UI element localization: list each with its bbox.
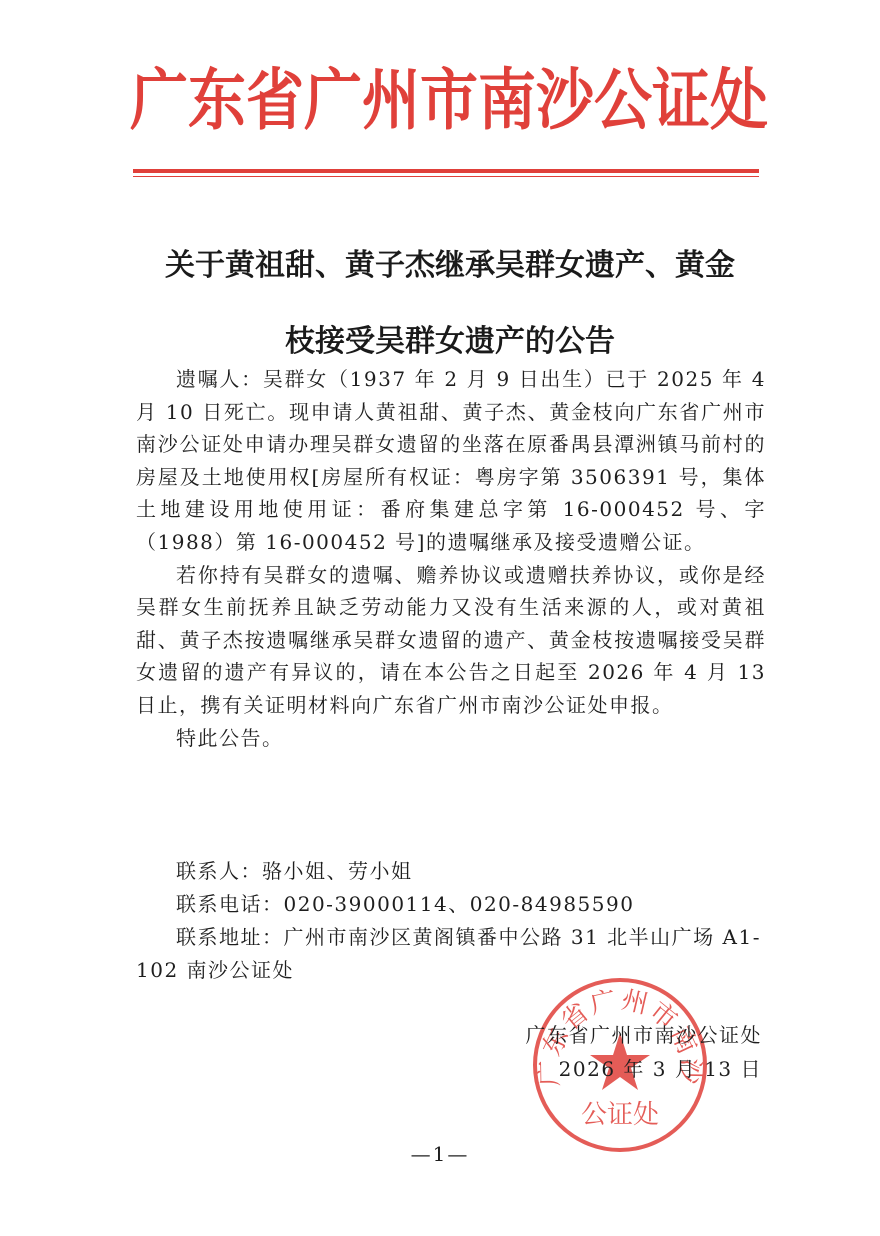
contact-person: 联系人：骆小姐、劳小姐	[136, 855, 766, 888]
document-title: 关于黄祖甜、黄子杰继承吴群女遗产、黄金 枝接受吴群女遗产的公告	[120, 228, 780, 380]
signature-block: 广东省广州市南沙公证处 2026 年 3 月 13 日	[526, 1018, 763, 1086]
letterhead: 广东省广州市南沙公证处	[130, 60, 760, 140]
document-title-line-1: 关于黄祖甜、黄子杰继承吴群女遗产、黄金	[120, 228, 780, 304]
paragraph-testator: 遗嘱人：吴群女（1937 年 2 月 9 日出生）已于 2025 年 4 月 1…	[136, 363, 766, 559]
contact-phone: 联系电话：020-39000114、020-84985590	[136, 888, 766, 921]
paragraph-closing: 特此公告。	[136, 722, 766, 755]
page-number: —1—	[0, 1142, 880, 1166]
letterhead-divider	[133, 169, 759, 177]
signature-date: 2026 年 3 月 13 日	[526, 1052, 763, 1086]
document-body: 遗嘱人：吴群女（1937 年 2 月 9 日出生）已于 2025 年 4 月 1…	[136, 363, 766, 754]
contact-info: 联系人：骆小姐、劳小姐 联系电话：020-39000114、020-849855…	[136, 855, 766, 987]
signature-org: 广东省广州市南沙公证处	[526, 1018, 763, 1052]
letterhead-org-title: 广东省广州市南沙公证处	[130, 54, 760, 146]
svg-text:公证处: 公证处	[581, 1100, 659, 1130]
paragraph-objection: 若你持有吴群女的遗嘱、赡养协议或遗赠扶养协议，或你是经吴群女生前抚养且缺乏劳动能…	[136, 559, 766, 722]
